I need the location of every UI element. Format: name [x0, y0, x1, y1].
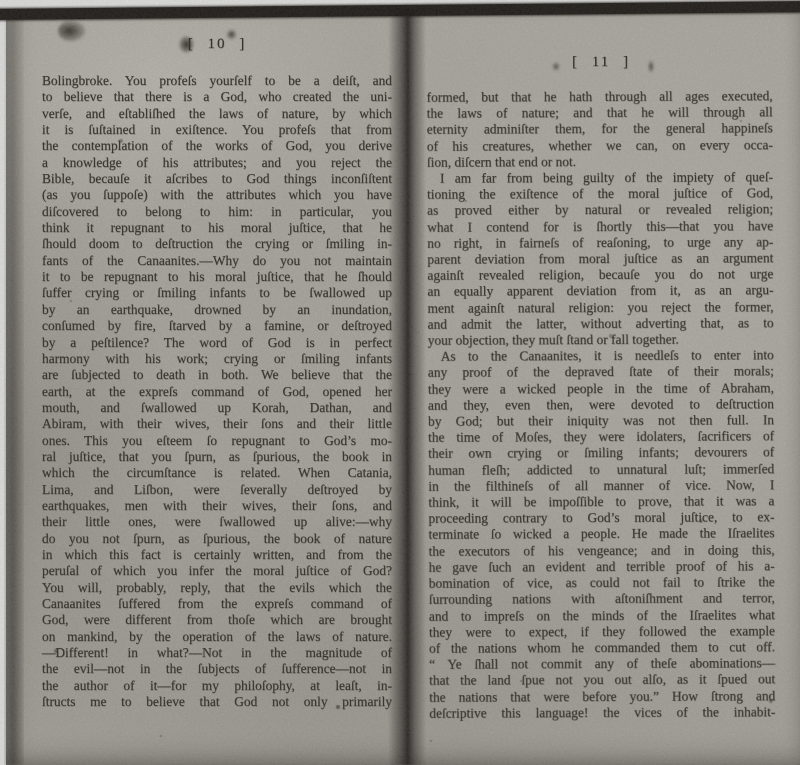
text-line: on mankind, by the operation of the laws…: [42, 629, 392, 645]
text-line: (as you ſuppoſe) with the attributes whi…: [42, 187, 392, 203]
text-line: Bible, becauſe it aſcribes to God things…: [42, 171, 392, 187]
text-line: your objection, they muſt ſtand or fall …: [428, 331, 774, 349]
text-line: the nations that were before you.” How ſ…: [429, 688, 775, 706]
text-line: terminate ſo wicked a people. He made th…: [429, 526, 775, 544]
text-line: ones. This you eſteem ſo repugnant to Go…: [42, 433, 392, 449]
text-line: fants of the Canaanites.—Why do you not …: [42, 253, 392, 269]
scan-specks: [0, 0, 2, 2]
text-line: that the land ſpue not you out alſo, as …: [429, 672, 775, 690]
text-line: againſt revealed religion, becauſe you d…: [427, 266, 773, 284]
text-line: ſurrounding nations with aſtoniſhment an…: [429, 591, 775, 609]
text-line: it is ſuſtained in exiſtence. You profeſ…: [42, 122, 392, 138]
text-line: God, were different from thoſe which are…: [42, 612, 392, 628]
text-line: and they, even then, were devoted to deſ…: [428, 396, 774, 414]
text-line: —Different! in what?—Not in the magnitud…: [42, 645, 392, 661]
text-line: the laws of nature; and that he will thr…: [427, 104, 773, 122]
page-number-left: [ 10 ]: [42, 36, 392, 53]
text-line: in which this fact is certainly written,…: [42, 547, 392, 563]
text-line: think it repugnant to his moral juſtice,…: [42, 220, 392, 236]
text-line: of his creatures, whether we can, on eve…: [427, 137, 773, 155]
text-line: I am far from being guilty of the impiet…: [427, 169, 773, 187]
text-line: a knowledge of his attributes; and you r…: [42, 155, 392, 171]
page-text-left: Bolingbroke. You profeſs yourſelf to be …: [42, 73, 392, 710]
text-line: bomination of vice, as could not fail to…: [429, 574, 775, 592]
text-line: are ſubjected to death in both. We belie…: [42, 367, 392, 383]
scanned-book-spread: [ 10 ] [ 11 ] Bolingbroke. You profeſs y…: [0, 0, 800, 765]
text-line: verſe, and eſtabliſhed the laws of natur…: [42, 106, 392, 122]
text-line: earthquakes, men with their wives, their…: [42, 498, 392, 514]
text-line: harmony with his work; crying or ſmiling…: [42, 351, 392, 367]
text-line: which the circumſtance is related. When …: [42, 465, 392, 481]
text-line: of the nations whom he commanded them to…: [429, 639, 775, 657]
text-line: by a peſtilence? The word of God is in p…: [42, 335, 392, 351]
page-gutter-shadow: [388, 9, 426, 765]
text-line: an equally apparent deviation from it, a…: [427, 283, 773, 301]
text-line: earth, at the expreſs command of God, op…: [42, 384, 392, 400]
text-line: ſhould doom to deſtruction the crying or…: [42, 236, 392, 252]
text-line: the author of it—for my philoſophy, at l…: [42, 678, 392, 694]
text-line: ſtructs me to believe that God not only …: [42, 694, 392, 710]
text-line: diſcovered to belong to him: in particul…: [42, 204, 392, 220]
text-line: Canaanites ſuffered from the expreſs com…: [42, 596, 392, 612]
page-text-right: formed, but that he hath through all age…: [427, 88, 776, 721]
text-line: the contemplation of the works of God, y…: [42, 138, 392, 154]
text-line: the executors of his vengeance; and in d…: [429, 542, 775, 560]
text-line: he gave ſuch an evident and terrible pro…: [429, 558, 775, 576]
text-line: the time of Moſes, they were idolaters, …: [428, 429, 774, 447]
text-line: it to be repugnant to his moral juſtice,…: [42, 269, 392, 285]
text-line: human fleſh; addicted to unnatural luſt;…: [428, 461, 774, 479]
text-line: think, it will be impoſſible to prove, t…: [428, 493, 774, 511]
text-line: “ Ye ſhall not commit any of theſe abomi…: [429, 655, 775, 673]
text-line: by an earthquake, drowned by an inundati…: [42, 302, 392, 318]
page-number-right: [ 11 ]: [428, 54, 774, 71]
text-line: in the filthineſs of all manner of vice.…: [428, 477, 774, 495]
text-line: tioning the exiſtence of the moral juſti…: [427, 185, 773, 203]
text-line: As to the Canaanites, it is needleſs to …: [428, 347, 774, 365]
text-line: proceeding contrary to God’s moral juſti…: [428, 510, 774, 528]
text-line: ſuffer crying or ſmiling infants to be ſ…: [42, 285, 392, 301]
text-line: they were a wicked people in the time of…: [428, 380, 774, 398]
text-line: and to impreſs on the minds of the Iſrae…: [429, 607, 775, 625]
text-line: to believe that there is a God, who crea…: [42, 89, 392, 105]
text-line: parent deviation from moral juſtice as a…: [427, 250, 773, 268]
text-line: their little ones, were ſwallowed up ali…: [42, 514, 392, 530]
text-line: deſcriptive this language! the vices of …: [429, 704, 775, 722]
text-line: what I contend for is ſhortly this—that …: [427, 218, 773, 236]
text-line: peruſal of which you infer the moral juſ…: [42, 563, 392, 579]
text-line: Lima, and Liſbon, were ſeverally deſtroy…: [42, 482, 392, 498]
text-line: You will, probably, reply, that the evil…: [42, 580, 392, 596]
text-line: the evil—not in the ſubjects of ſufferen…: [42, 661, 392, 677]
text-line: no right, in fairneſs of reaſoning, to u…: [427, 234, 773, 252]
book-edge-left: [4, 14, 24, 765]
text-line: and admit the latter, without adverting …: [428, 315, 774, 333]
text-line: their own crying or ſmiling infants; dev…: [428, 445, 774, 463]
text-line: formed, but that he hath through all age…: [427, 88, 773, 106]
text-line: by God; but their iniquity was not then …: [428, 412, 774, 430]
text-line: conſumed by fire, ſtarved by a famine, o…: [42, 318, 392, 334]
text-line: ment againſt natural religion: you rejec…: [428, 299, 774, 317]
text-line: any proof of the depraved ſtate of their…: [428, 364, 774, 382]
text-line: mouth, and ſwallowed up Korah, Dathan, a…: [42, 400, 392, 416]
text-line: Abiram, with their wives, their ſons and…: [42, 416, 392, 432]
text-line: ſion, diſcern that end or not.: [427, 153, 773, 171]
text-line: ral juſtice, that you ſpurn, as ſpurious…: [42, 449, 392, 465]
text-line: do you not ſpurn, as ſpurious, the book …: [42, 531, 392, 547]
text-line: Bolingbroke. You profeſs yourſelf to be …: [42, 73, 392, 89]
text-line: they were to expect, if they followed th…: [429, 623, 775, 641]
text-line: eternity adminiſter them, for the genera…: [427, 121, 773, 139]
text-line: as proved either by natural or revealed …: [427, 202, 773, 220]
